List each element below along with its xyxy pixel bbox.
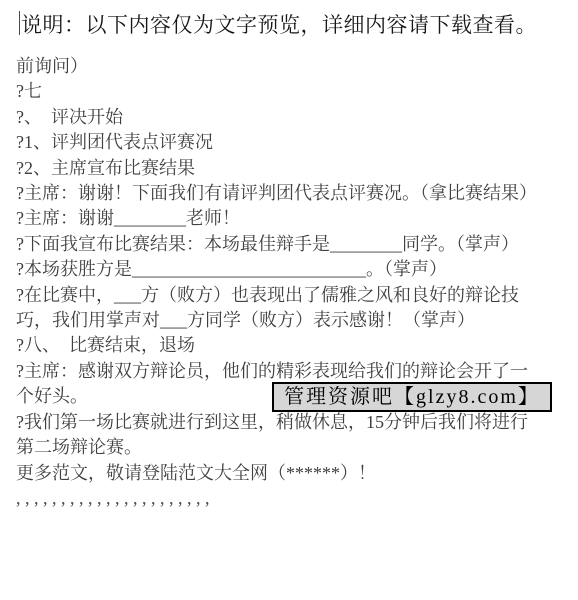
preview-paragraph: ?七	[16, 79, 531, 104]
preview-content: 前询问）?七?、 评决开始?1、评判团代表点评赛况?2、主席宣布比赛结果?主席：…	[0, 42, 578, 511]
preview-page: 说明：以下内容仅为文字预览，详细内容请下载查看。 前询问）?七?、 评决开始?1…	[0, 0, 578, 600]
preview-paragraph: 前询问）	[16, 54, 531, 79]
preview-paragraph: ?主席：谢谢________老师！	[16, 206, 531, 231]
preview-paragraph: ,,,,,,,,,,,,,,,,,,,,,,	[16, 486, 531, 511]
preview-paragraph: ?主席：谢谢！下面我们有请评判团代表点评赛况。（拿比赛结果）	[16, 181, 531, 206]
text-caret	[19, 11, 20, 35]
preview-paragraph: ?在比赛中，___方（败方）也表现出了儒雅之风和良好的辩论技巧，我们用掌声对__…	[16, 283, 531, 334]
preview-paragraph: ?2、主席宣布比赛结果	[16, 156, 531, 181]
preview-paragraph: ?、 评决开始	[16, 105, 531, 130]
preview-paragraph: ?我们第一场比赛就进行到这里，稍做休息，15分钟后我们将进行第二场辩论赛。	[16, 410, 531, 461]
preview-notice-text: 说明：以下内容仅为文字预览，详细内容请下载查看。	[21, 13, 537, 37]
preview-paragraph: ?下面我宣布比赛结果：本场最佳辩手是________同学。（掌声）	[16, 232, 531, 257]
preview-paragraph: ?1、评判团代表点评赛况	[16, 130, 531, 155]
preview-paragraph: ?八、 比赛结束，退场	[16, 333, 531, 358]
watermark-badge: 管理资源吧【glzy8.com】	[272, 382, 552, 412]
preview-paragraph: ?本场获胜方是__________________________。（掌声）	[16, 257, 531, 282]
preview-paragraph: 更多范文，敬请登陆范文大全网（******）！	[16, 461, 531, 486]
preview-notice: 说明：以下内容仅为文字预览，详细内容请下载查看。	[0, 0, 578, 42]
